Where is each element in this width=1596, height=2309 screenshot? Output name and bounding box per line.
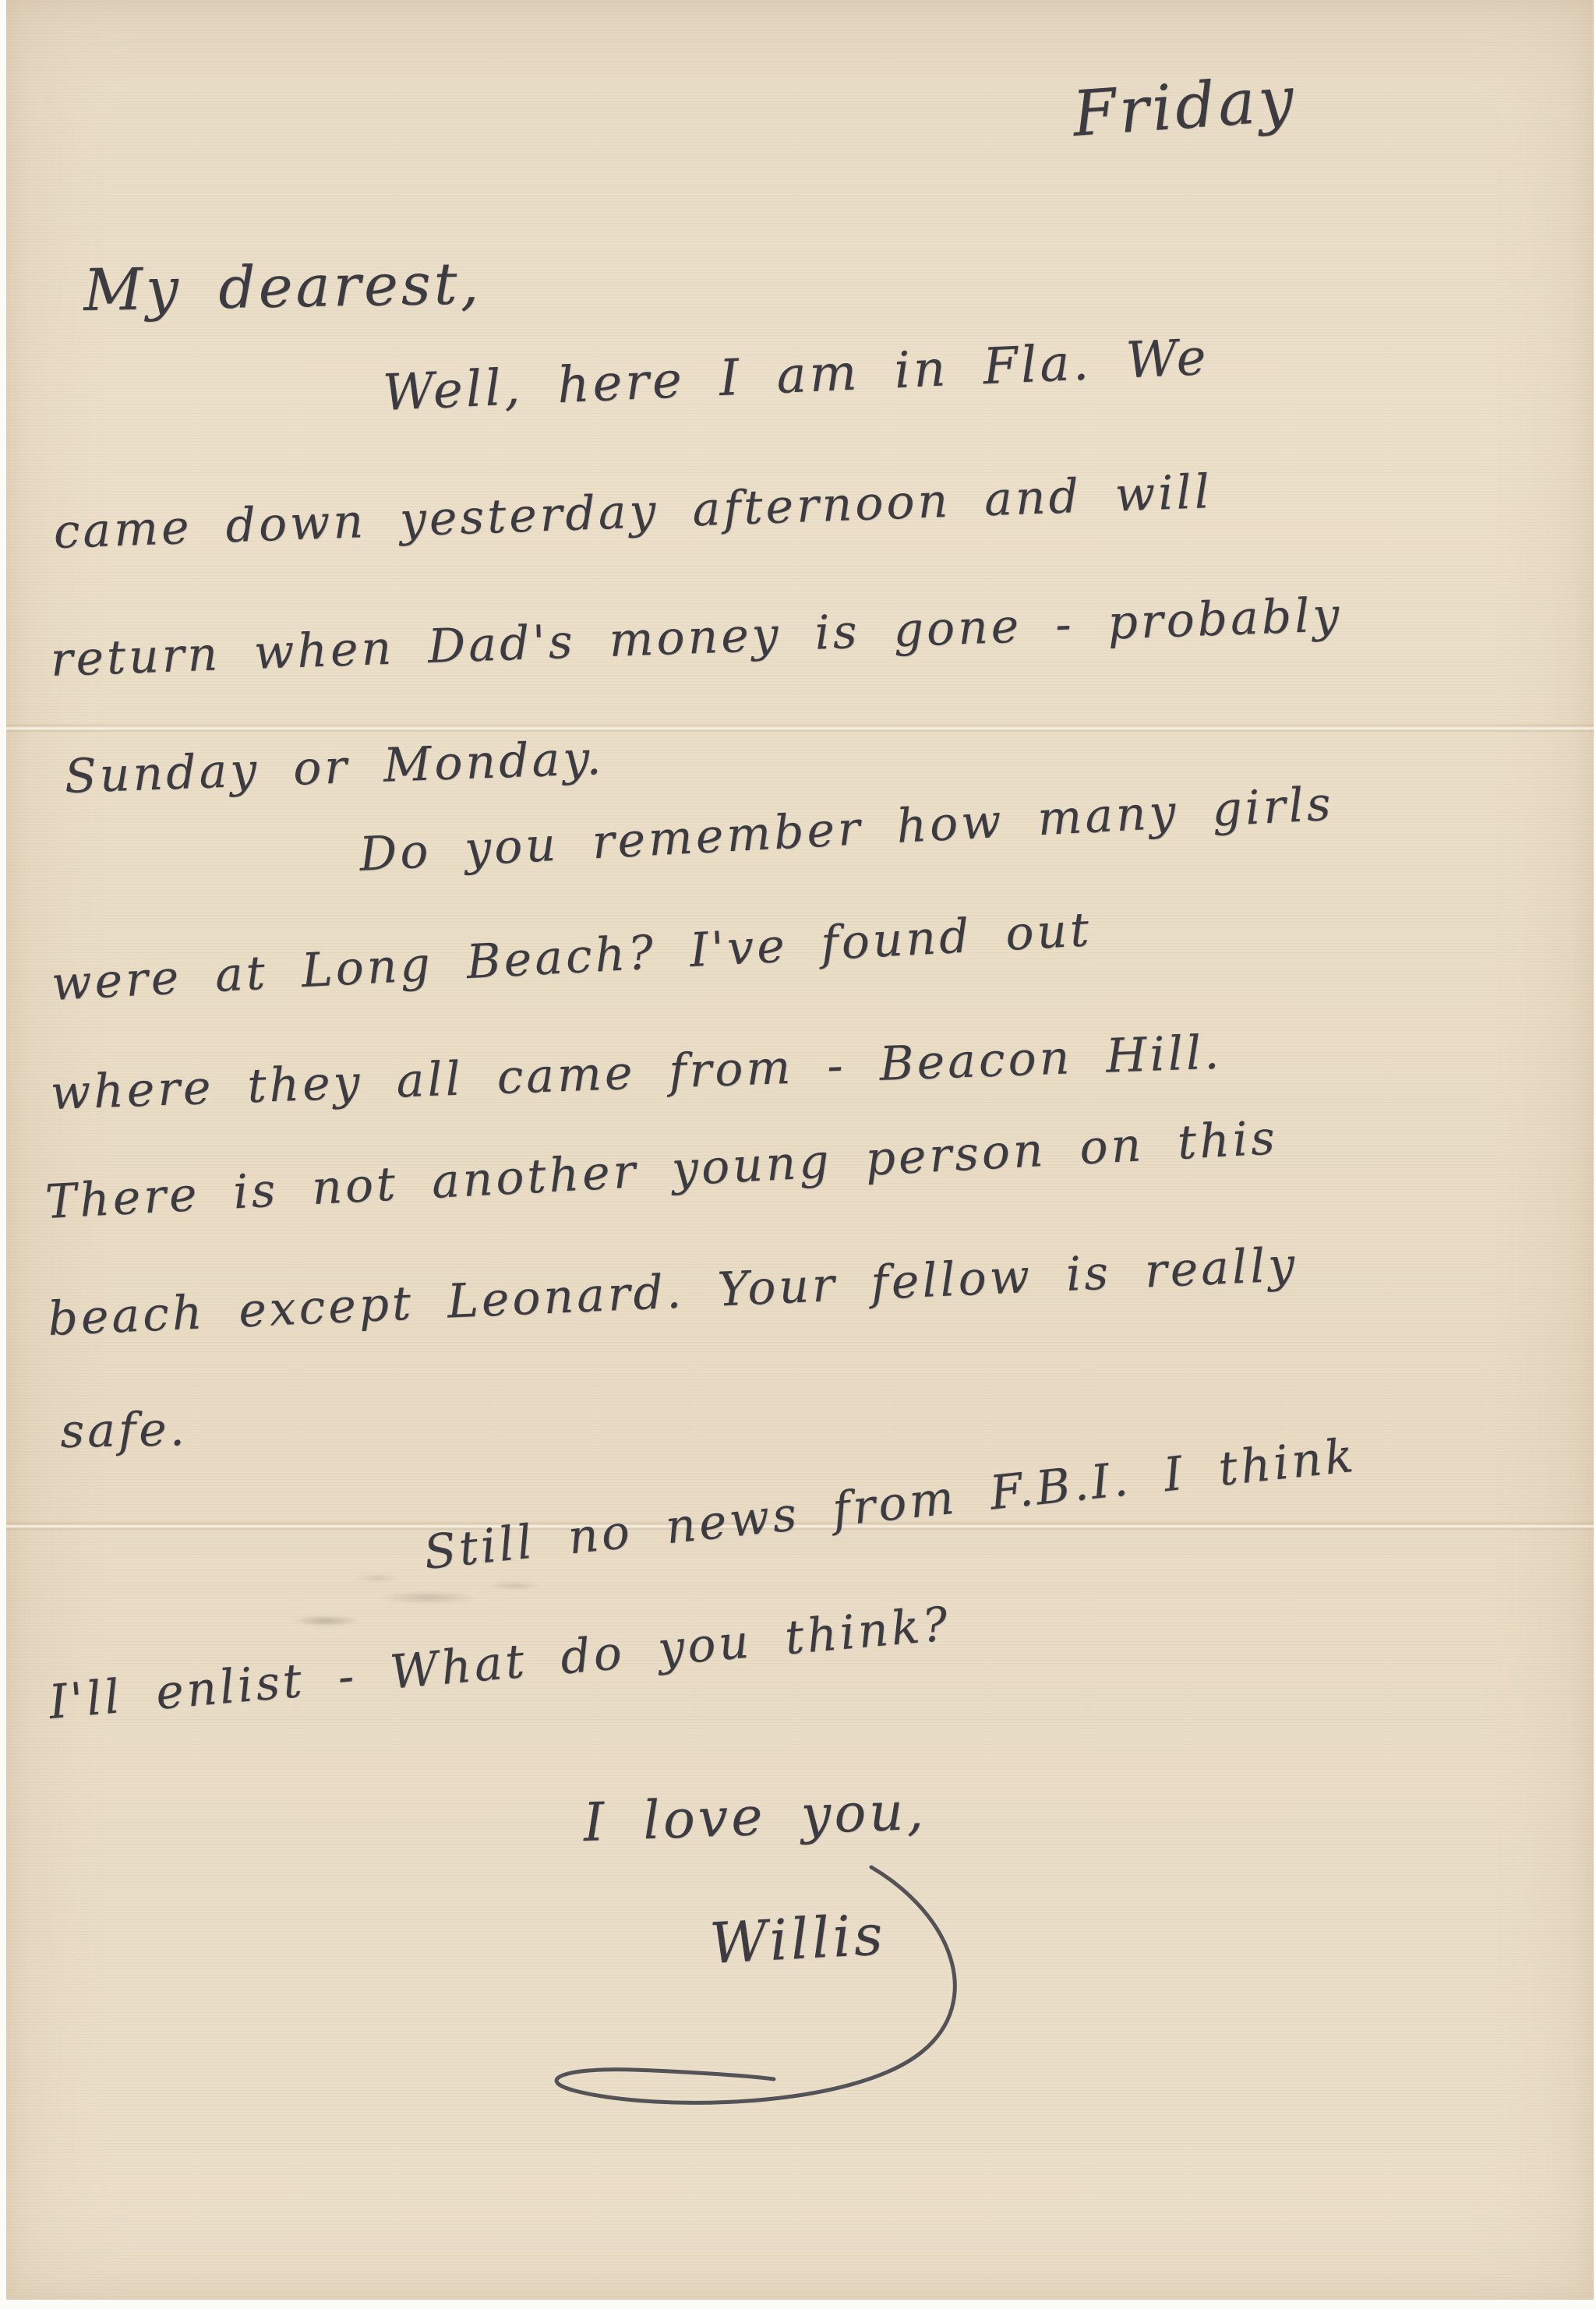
salutation: My dearest, [83,250,482,324]
ink-smudge [240,1562,583,1640]
closing-line: I love you, [582,1781,927,1854]
body-line: beach except Leonard. Your fellow is rea… [47,1237,1299,1347]
date-line: Friday [1071,62,1299,150]
body-line: safe. [60,1402,189,1459]
signature-flourish [517,1861,1054,2134]
fold-crease-top [6,723,1594,733]
body-line: There is not another young person on thi… [44,1110,1279,1230]
body-line: Sunday or Monday. [64,731,606,804]
body-line: came down yesterday afternoon and will [53,464,1213,560]
body-line: Well, here I am in Fla. We [382,329,1210,422]
body-line: where they all came from - Beacon Hill. [50,1026,1223,1121]
body-line: return when Dad's money is gone - probab… [50,588,1344,687]
letter-page: Friday My dearest, Well, here I am in Fl… [6,0,1594,2300]
body-line: were at Long Beach? I've found out [50,902,1093,1012]
body-line: Do you remember how many girls [358,777,1335,882]
body-line: Still no news from F.B.I. I think [422,1428,1359,1580]
